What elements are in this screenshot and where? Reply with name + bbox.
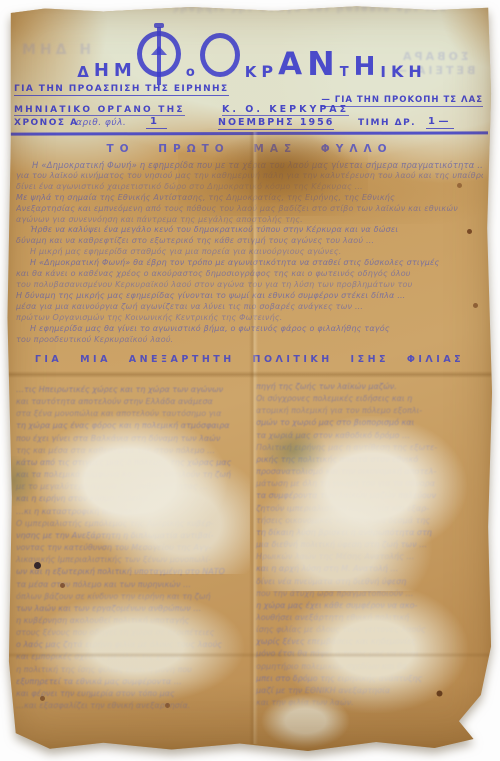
handwritten-line: του πολυβασανισμένου Κερκυραϊκού λαού στ… xyxy=(16,280,483,291)
handwritten-line: και ταυτότητα αποτελούν στην Ελλάδα ανάμ… xyxy=(16,396,244,408)
organization-name: Κ. Ο. ΚΕΡΚΥΡΑΣ xyxy=(222,104,349,116)
handwritten-line: και θα κάνει ο καθένας χρέος ο ακούραστο… xyxy=(16,269,483,280)
paper-crease xyxy=(6,371,493,378)
issue-number: 1 xyxy=(146,116,167,129)
masthead-title: Δ Η Μ ο Κ Ρ Α Ν Τ Η Ι Κ Η xyxy=(6,21,493,79)
handwritten-line: ρικής της πολιτικής απαιτά στον εθνικό xyxy=(256,454,484,466)
masthead-letter: Τ xyxy=(340,67,349,79)
handwritten-line: Ήρθε να καλύψει ένα μεγάλο κενό του δημο… xyxy=(16,225,483,236)
masthead-letter: Η xyxy=(94,63,109,79)
slogan-left: ΓΙΑ ΤΗΝ ΠΡΟΑΣΠΙΣΗ ΤΗΣ ΕΙΡΗΝΗΣ xyxy=(14,84,229,96)
handwritten-line: η πολιτική της ίσης φιλίας είναι η μόνη … xyxy=(16,664,244,676)
handwritten-line: ατομική πολεμική για τον πόλεμο εξοπλι- xyxy=(256,405,484,417)
handwritten-line: τη δίκαιη λύση βρίσκει η ανθρωπότητα στη xyxy=(256,527,484,539)
handwritten-line: …κι η καταστροφική πολεμική … xyxy=(16,506,244,518)
masthead-rule xyxy=(10,131,488,135)
handwritten-line: τήσεις οικονομικές και πολιτικά δεσμά τη… xyxy=(256,515,484,527)
handwritten-line: Η μικρή μας εφημερίδα σταθμός για μια πο… xyxy=(16,247,483,258)
handwritten-line: δίνει νέα πνεύματα στη διεθνή ύφεση xyxy=(256,576,484,588)
handwritten-line: και η ειρήνη στον κόσμο παλεύει … xyxy=(16,493,244,505)
year-label: ΧΡΟΝΟΣ Α xyxy=(14,118,79,128)
handwritten-line: ο λαός μας ζητά ειρήνη φιλία με όλους το… xyxy=(16,639,244,651)
handwritten-line: χωρίς ξένες επεμβάσεις και κηδεμονίες xyxy=(256,636,484,648)
handwritten-line: των λαών και των εργαζομένων ανθρώπων … xyxy=(16,603,244,615)
handwritten-line: μια διεθνή πολιτική ύφεση στη ζωή των … xyxy=(256,539,484,551)
handwritten-line: ίσης φιλίας με όλους τους γείτονες λαούς xyxy=(256,624,484,636)
emblem-wing xyxy=(151,46,167,55)
article2-right-column: πηγή της ζωής των λαϊκών μαζών.Οι σύγχρο… xyxy=(256,381,484,709)
handwritten-line: με το μεγαλύτερο αγώνα της ανθρωπότητας … xyxy=(16,481,244,493)
document-photo: και την διαθεση του αγωνα της ειρηνης Η … xyxy=(0,0,500,761)
handwritten-line: …τις Ηπειρωτικές χώρες και τη χώρα των α… xyxy=(16,384,244,396)
handwritten-line: εξυπηρετεί τα εθνικά μας συμφέροντα … xyxy=(16,676,244,688)
handwritten-line: και την φιλία των λαών. xyxy=(256,697,484,709)
masthead-letter: Ι xyxy=(380,66,386,80)
handwritten-line: Οι σύγχρονες πολεμικές ειδήσεις και η xyxy=(256,393,484,405)
handwritten-line: μαζί με την ΕΘΝΙΚΗ ανεξαρτησία xyxy=(256,685,484,697)
handwritten-line: Η εφημερίδα μας θα γίνει το αγωνιστικό β… xyxy=(16,324,483,335)
paper-specks xyxy=(6,4,9,7)
handwritten-line: ων και η εξωτερική πολιτική υποταγμένη σ… xyxy=(16,566,244,578)
handwritten-line: Με ψηλά τη σημαία της Εθνικής Αντίστασης… xyxy=(16,193,483,204)
handwritten-line: για του λαϊκού κινήματος του νησιού μας … xyxy=(16,171,483,182)
handwritten-line: ζητούν ιμπεριαλιστική κυριαρχία και εξαρ… xyxy=(256,503,484,515)
handwritten-line: και τα πολεμικά σύμφωνα και μπλοκ απειλο… xyxy=(16,469,244,481)
handwritten-line: και εμπορικές σχέσεις με όλες τις χώρες … xyxy=(16,651,244,663)
masthead-letter: Κ xyxy=(391,65,403,79)
handwritten-line: και φέρνει την ευημερία στον τόπο μας xyxy=(16,688,244,700)
handwritten-line: στα ξένα μονοπώλια και αποτελούν ταυτόση… xyxy=(16,408,244,420)
handwritten-line: αγώνων για συνεννόηση και πάντρεμα της μ… xyxy=(16,215,483,226)
masthead-letter: Ρ xyxy=(261,65,273,79)
handwritten-line: που έχει γίνει στα Βαλκάνια στη δύναμη τ… xyxy=(16,433,244,445)
masthead-letter: ο xyxy=(186,67,195,79)
article2-heading: ΓΙΑ ΜΙΑ ΑΝΕΞΑΡΤΗΤΗ ΠΟΛΙΤΙΚΗ ΙΣΗΣ ΦΙΛΙΑΣ xyxy=(6,354,493,365)
handwritten-line: ορμητήριο πολεμικών σχεδίων και θα xyxy=(256,661,484,673)
emblem-staff xyxy=(157,27,161,85)
masthead-letter: Μ xyxy=(114,63,132,79)
handwritten-line: μέσα για μια καινούργια ζωή αγωνίζεται ν… xyxy=(16,302,483,313)
newspaper-page: και την διαθεση του αγωνα της ειρηνης Η … xyxy=(6,4,493,751)
dove-emblem-icon xyxy=(137,31,181,77)
handwritten-line: Η δύναμη της μικρής μας εφημερίδας γίνον… xyxy=(16,291,483,302)
handwritten-line: Η «Δημοκρατική Φωνή» η εφημερίδα που με … xyxy=(16,160,483,171)
handwritten-line: δίνει ένα αγωνιστικό χαιρετιστικό δώρο σ… xyxy=(16,182,483,193)
handwritten-line: μόνο έτσι θα πάψει ο τόπος μας να είναι xyxy=(256,648,484,660)
handwritten-line: νησης με την Ανεξάρτητη η διπλωματία αντ… xyxy=(16,530,244,542)
handwritten-line: πηγή της ζωής των λαϊκών μαζών. xyxy=(256,381,484,393)
handwritten-line: τα χωριά μας στον καθοδικό δρόμο … xyxy=(256,430,484,442)
price-value: 1 — xyxy=(426,116,454,129)
masthead-letter: Ν xyxy=(307,49,335,79)
handwritten-line: λικανικής Ιμπεριαλιστικής των ξένων μονο… xyxy=(16,554,244,566)
masthead-letter: Α xyxy=(278,51,302,79)
organ-label: ΜΗΝΙΑΤΙΚΟ ΟΡΓΑΝΟ ΤΗΣ xyxy=(14,105,185,116)
article1-body: Η «Δημοκρατική Φωνή» η εφημερίδα που με … xyxy=(16,160,483,345)
masthead-letter: Δ xyxy=(77,66,89,80)
price-label: ΤΙΜΗ ΔΡ. xyxy=(358,118,416,128)
handwritten-line: κάτω από τις στιγμές μιας ο πόλεμος της … xyxy=(16,457,244,469)
masthead-letter: Η xyxy=(354,56,376,79)
handwritten-line: τα συμφέροντα των λαϊκών μαζών παλεύουν xyxy=(256,490,484,502)
handwritten-line: τα μέσα στον πόλεμο και των πυρηνικών … xyxy=(16,579,244,591)
handwritten-line: της και μέσα στα καθεστώτα της στον πόλε… xyxy=(16,445,244,457)
handwritten-line: λουθήσει ανεξάρτητη εθνική πολιτική xyxy=(256,612,484,624)
bleedthrough-text: και την διαθεση του αγωνα της ειρηνης xyxy=(66,4,446,14)
handwritten-line: σμών το χωριό μας στο βιοπορισμό και xyxy=(256,417,484,429)
issue-label: αριθ. φύλ. xyxy=(76,118,126,128)
paper-shadow-wrap: και την διαθεση του αγωνα της ειρηνης Η … xyxy=(6,4,493,751)
handwritten-line: μάτωση με όλη τη γνώμη του για τα σύνορα xyxy=(256,478,484,490)
handwritten-line: προσανατολισμό και την οικονομική αποτελ… xyxy=(256,466,484,478)
handwritten-line: μπει στο δρόμο της ειρηνικής ανάπτυξης xyxy=(256,673,484,685)
handwritten-line: τη χώρα μας ένας φόρος και η πολεμική ατ… xyxy=(16,420,244,432)
handwritten-line: στους ξένους που οδηγεί τη χώρα σε περιπ… xyxy=(16,627,244,639)
handwritten-line: Ανεξαρτησίας και εμπνεόμενη από τους πόθ… xyxy=(16,204,483,215)
handwritten-line: Ηρωικών λαών της Μέσης Ανατολής … xyxy=(256,551,484,563)
handwritten-line: δύναμη και να καθρεφτίζει στο εξωτερικό … xyxy=(16,236,483,247)
masthead-letter: Η xyxy=(408,65,421,79)
handwritten-line: Η «Δημοκρατική Φωνή» θα έβρη τον τρόπο μ… xyxy=(16,258,483,269)
handwritten-line: του προοδευτικού Κερκυραϊκού λαού. xyxy=(16,335,483,346)
ring-emblem-icon xyxy=(200,33,240,77)
handwritten-line: Πολιτική ειρήνης μας η αντίθεση της εξωτ… xyxy=(256,442,484,454)
article2-left-column: …τις Ηπειρωτικές χώρες και τη χώρα των α… xyxy=(16,384,244,712)
handwritten-line: Ο ιμπεριαλιστής εμπόλεμος της Αμερικής κ… xyxy=(16,518,244,530)
handwritten-line: η κυβέρνηση ακολουθεί πολιτική υποταγής xyxy=(16,615,244,627)
masthead-letter: Κ xyxy=(245,66,257,80)
handwritten-line: η χώρα μας έχει κάθε συμφέρον να ακο- xyxy=(256,600,484,612)
handwritten-line: που την άτυχη ώρα πραγματοποιούν … xyxy=(256,588,484,600)
handwritten-line: και η αρχή λύση στη Μ. Ανατολή … xyxy=(256,563,484,575)
handwritten-line: …και εξασφαλίζει την εθνική ανεξαρτησία. xyxy=(16,700,244,712)
handwritten-line: όπλων βάζουν σε κίνδυνο την ειρήνη και τ… xyxy=(16,591,244,603)
issue-date: ΝΟΕΜΒΡΗΣ 1956 xyxy=(218,117,334,130)
handwritten-line: νοντας την κατεύθυνση του Μεσογείου της … xyxy=(16,542,244,554)
article1-heading: ΤΟ ΠΡΩΤΟ ΜΑΣ ΦΥΛΛΟ xyxy=(6,143,493,155)
handwritten-line: πρώτων Οργανισμών της Κοινωνικής Κεντρικ… xyxy=(16,313,483,324)
